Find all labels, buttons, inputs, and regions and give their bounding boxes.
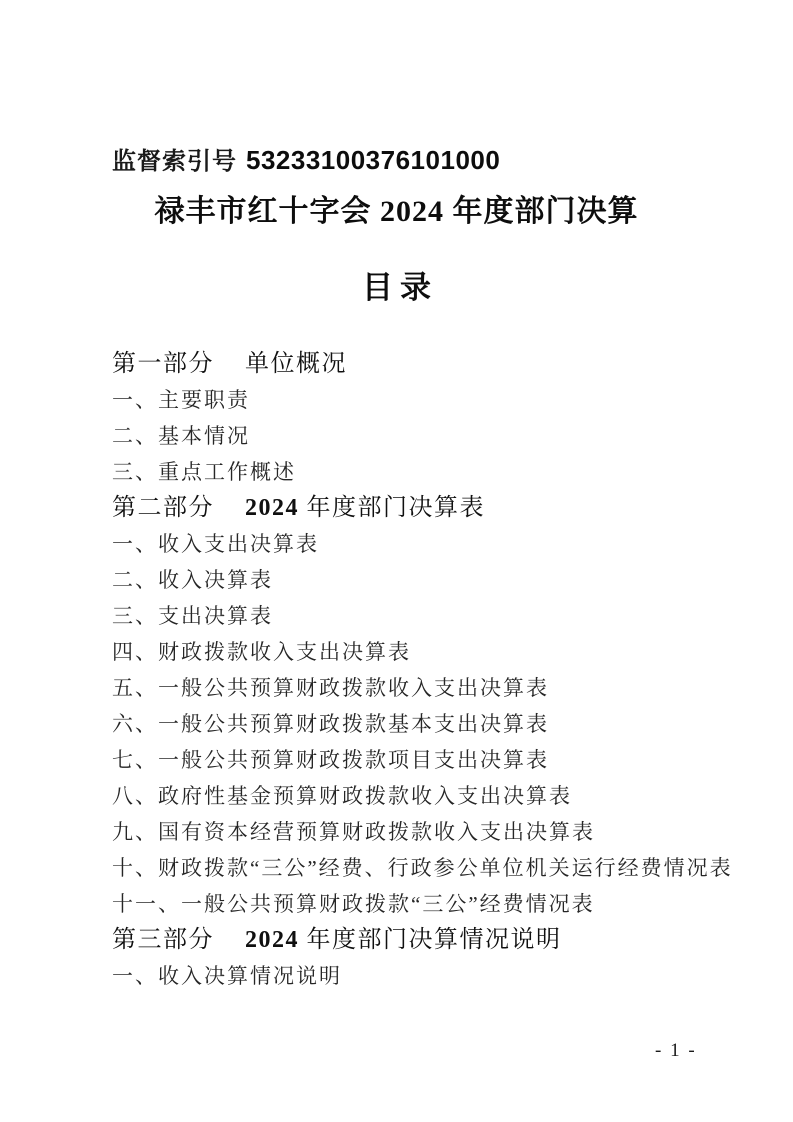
toc-part-rest: 年度部门决算情况说明 <box>299 927 562 953</box>
toc-item-text: 二、收入决算表 <box>112 568 273 592</box>
page-number: - 1 - <box>655 1040 697 1062</box>
toc-item-text: 十一、一般公共预算财政拨款“三公”经费情况表 <box>112 892 595 916</box>
toc-item: 一、收入支出决算表 <box>112 526 763 562</box>
supervision-index-label: 监督索引号 <box>112 149 237 175</box>
supervision-index-line: 监督索引号53233100376101000 <box>112 141 500 176</box>
toc-item: 十、财政拨款“三公”经费、行政参公单位机关运行经费情况表 <box>112 850 763 886</box>
toc-item-text: 七、一般公共预算财政拨款项目支出决算表 <box>112 748 549 772</box>
toc-item-text: 六、一般公共预算财政拨款基本支出决算表 <box>112 712 549 736</box>
toc-part-label: 第一部分 <box>112 351 214 377</box>
toc-heading: 目录 <box>0 262 793 307</box>
toc-item: 三、重点工作概述 <box>112 454 763 490</box>
toc-item: 二、收入决算表 <box>112 562 763 598</box>
document-title: 禄丰市红十字会 2024 年度部门决算 <box>0 186 793 230</box>
supervision-index-number: 53233100376101000 <box>246 145 500 175</box>
toc-item-text: 一、收入支出决算表 <box>112 532 319 556</box>
toc-item-text: 八、政府性基金预算财政拨款收入支出决算表 <box>112 784 572 808</box>
toc-item: 五、一般公共预算财政拨款收入支出决算表 <box>112 670 763 706</box>
toc-part-rest: 单位概况 <box>245 351 347 377</box>
toc-part-year: 2024 <box>245 927 299 953</box>
toc-item: 二、基本情况 <box>112 418 763 454</box>
toc-part-label: 第三部分 <box>112 927 214 953</box>
document-page: 监督索引号53233100376101000 禄丰市红十字会 2024 年度部门… <box>0 0 793 1122</box>
toc-item: 一、主要职责 <box>112 382 763 418</box>
toc-item-text: 五、一般公共预算财政拨款收入支出决算表 <box>112 676 549 700</box>
toc-item-text: 二、基本情况 <box>112 424 250 448</box>
toc-item-text: 三、支出决算表 <box>112 604 273 628</box>
toc-item: 九、国有资本经营预算财政拨款收入支出决算表 <box>112 814 763 850</box>
toc-item-text: 一、主要职责 <box>112 388 250 412</box>
toc-list: 第一部分单位概况 一、主要职责 二、基本情况 三、重点工作概述 第二部分2024… <box>112 346 763 994</box>
toc-item-text: 四、财政拨款收入支出决算表 <box>112 640 411 664</box>
toc-item: 三、支出决算表 <box>112 598 763 634</box>
toc-item: 八、政府性基金预算财政拨款收入支出决算表 <box>112 778 763 814</box>
toc-item: 一、收入决算情况说明 <box>112 958 763 994</box>
toc-item-text: 三、重点工作概述 <box>112 460 296 484</box>
toc-item: 七、一般公共预算财政拨款项目支出决算表 <box>112 742 763 778</box>
toc-item: 六、一般公共预算财政拨款基本支出决算表 <box>112 706 763 742</box>
toc-item-text: 一、收入决算情况说明 <box>112 964 342 988</box>
toc-part-label: 第二部分 <box>112 495 214 521</box>
toc-item: 四、财政拨款收入支出决算表 <box>112 634 763 670</box>
toc-part-heading: 第一部分单位概况 <box>112 346 763 382</box>
toc-item: 十一、一般公共预算财政拨款“三公”经费情况表 <box>112 886 763 922</box>
toc-item-text: 九、国有资本经营预算财政拨款收入支出决算表 <box>112 820 595 844</box>
toc-part-year: 2024 <box>245 495 299 521</box>
toc-part-heading: 第二部分2024 年度部门决算表 <box>112 490 763 526</box>
toc-part-rest: 年度部门决算表 <box>299 495 485 521</box>
toc-part-heading: 第三部分2024 年度部门决算情况说明 <box>112 922 763 958</box>
toc-item-text: 十、财政拨款“三公”经费、行政参公单位机关运行经费情况表 <box>112 856 733 880</box>
